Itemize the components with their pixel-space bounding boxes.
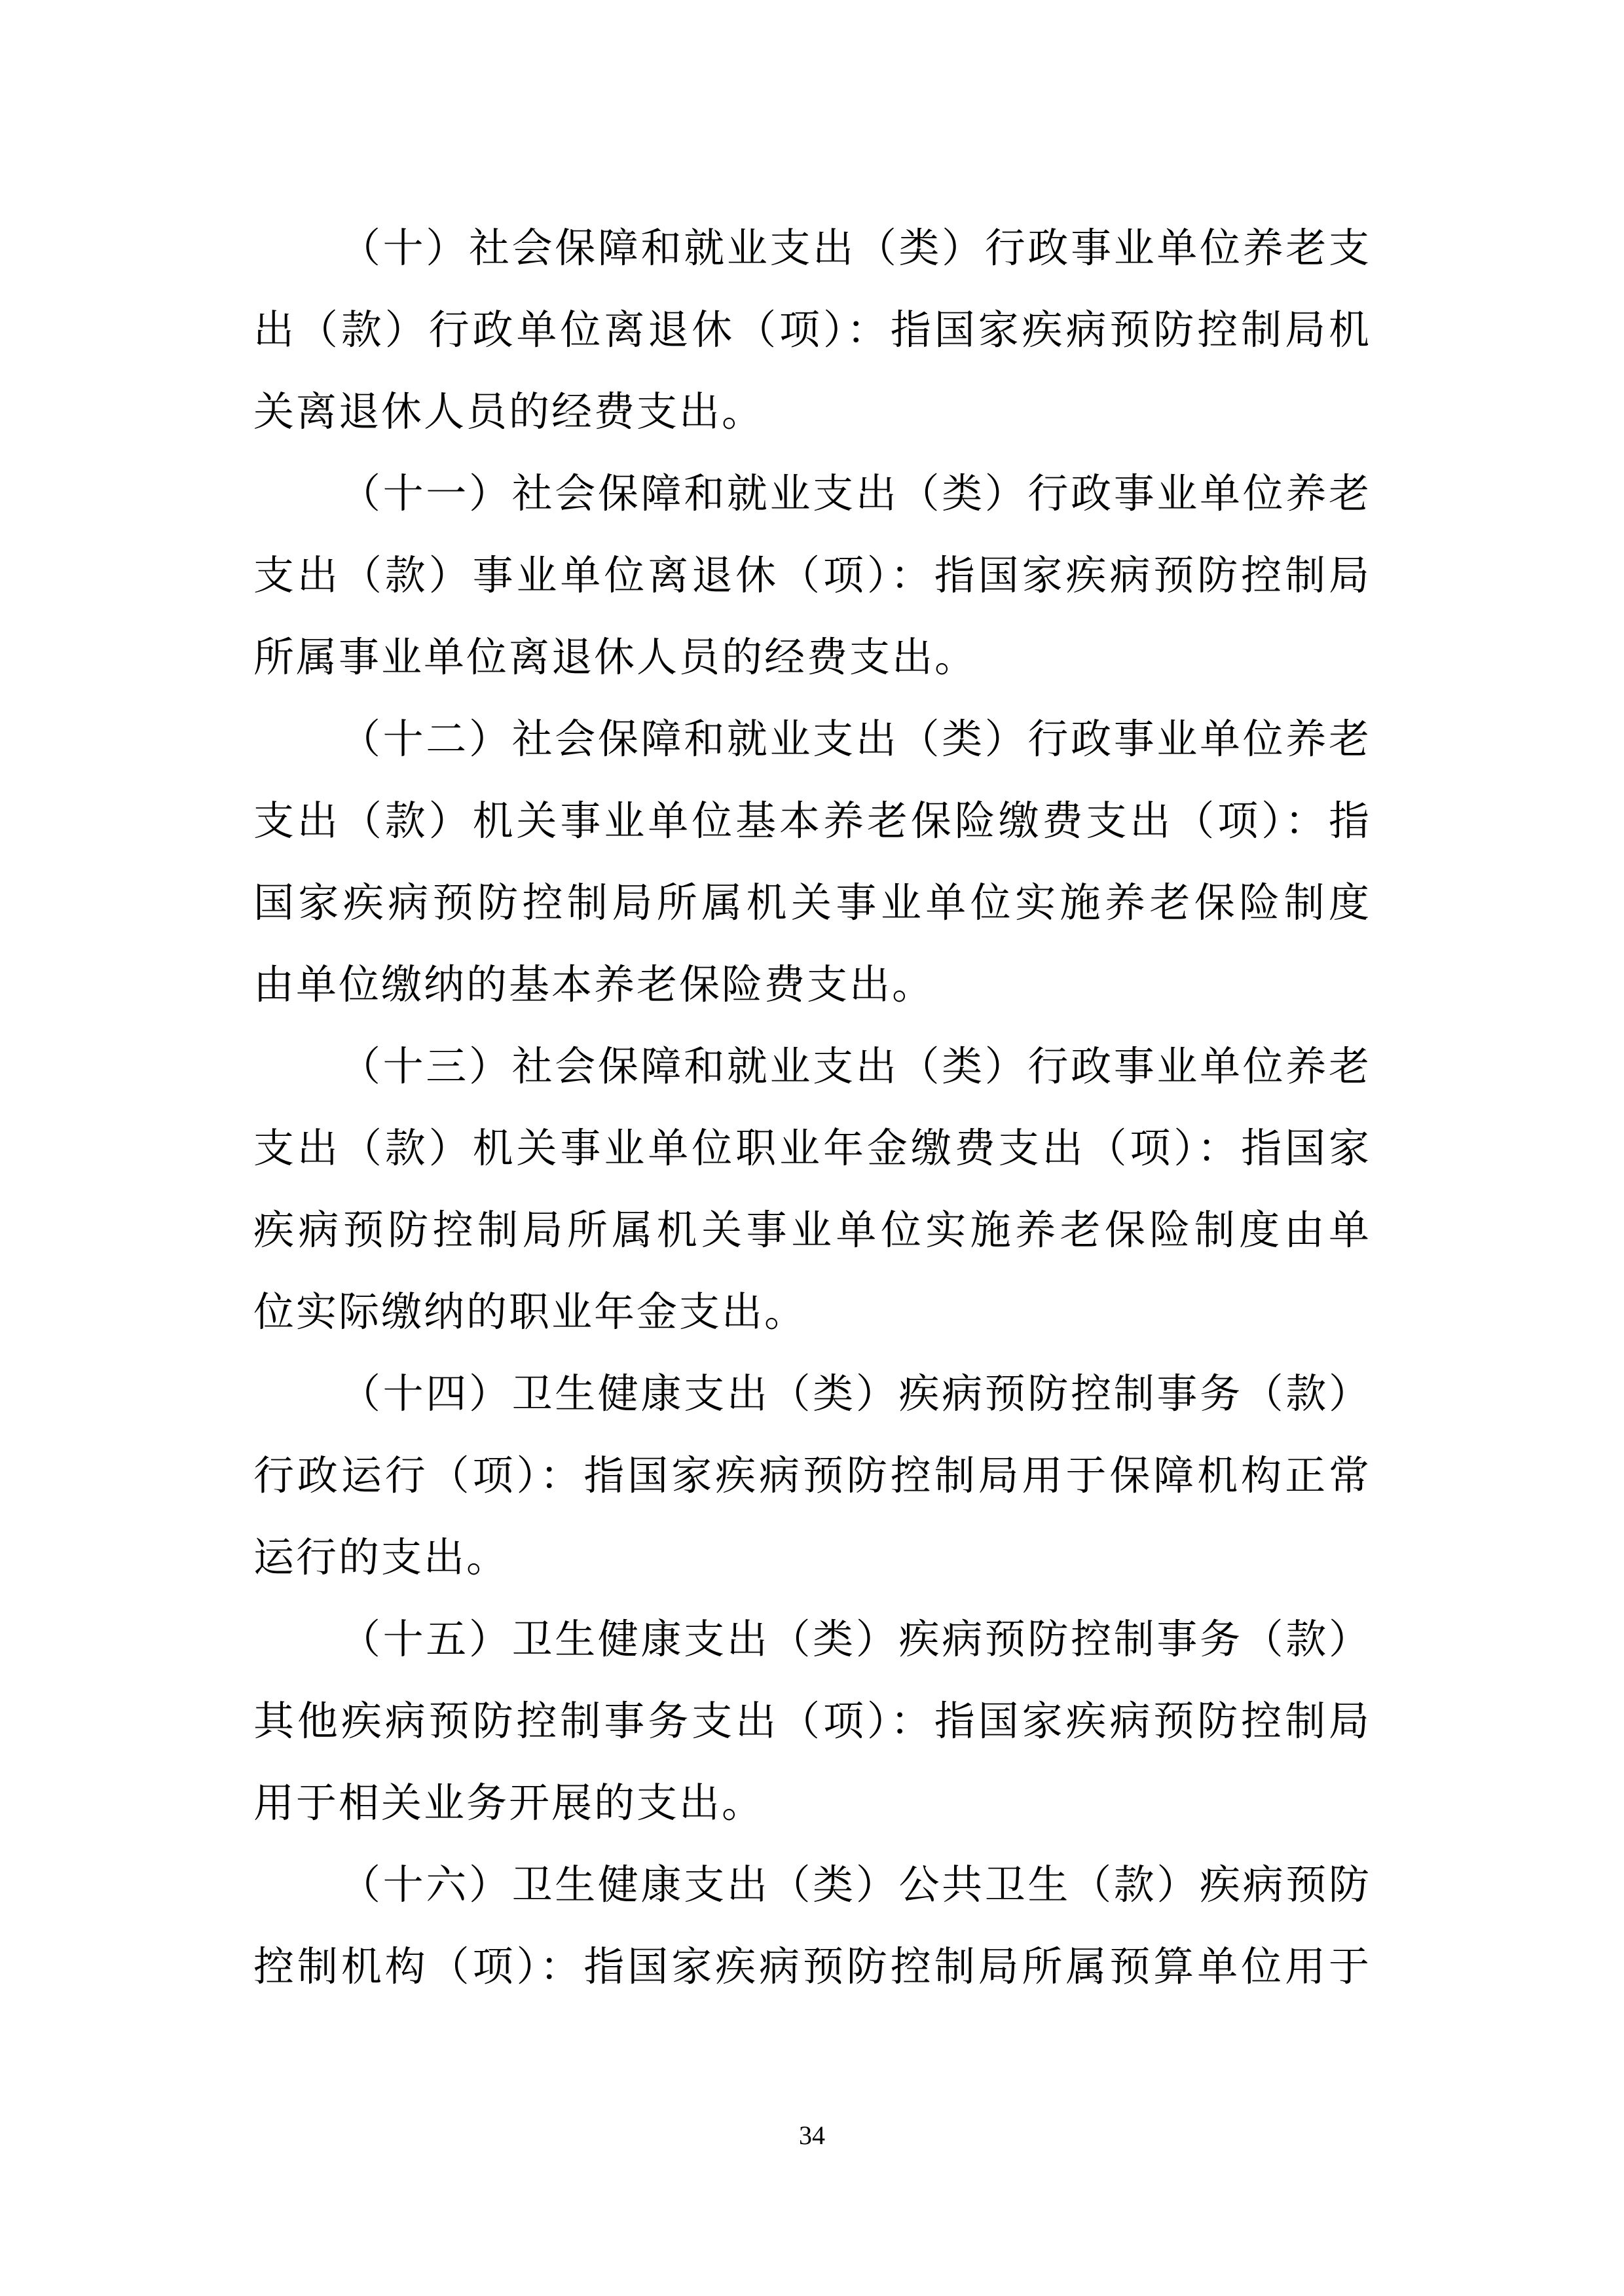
text-line: 支出（款）机关事业单位职业年金缴费支出（项）：指国家 xyxy=(253,1108,1371,1190)
document-body: （十）社会保障和就业支出（类）行政事业单位养老支出（款）行政单位离退休（项）：指… xyxy=(253,208,1371,2009)
text-line: 由单位缴纳的基本养老保险费支出。 xyxy=(253,945,1371,1027)
text-line: （十六）卫生健康支出（类）公共卫生（款）疾病预防 xyxy=(253,1845,1371,1927)
text-line: 出（款）行政单位离退休（项）：指国家疾病预防控制局机 xyxy=(253,290,1371,372)
text-line: （十五）卫生健康支出（类）疾病预防控制事务（款） xyxy=(253,1599,1371,1681)
text-line: 行政运行（项）：指国家疾病预防控制局用于保障机构正常 xyxy=(253,1436,1371,1518)
text-line: （十四）卫生健康支出（类）疾病预防控制事务（款） xyxy=(253,1354,1371,1436)
text-line: 控制机构（项）：指国家疾病预防控制局所属预算单位用于 xyxy=(253,1927,1371,2009)
text-line: 位实际缴纳的职业年金支出。 xyxy=(253,1272,1371,1354)
text-line: 国家疾病预防控制局所属机关事业单位实施养老保险制度 xyxy=(253,863,1371,945)
text-line: 支出（款）机关事业单位基本养老保险缴费支出（项）：指 xyxy=(253,781,1371,863)
paragraph: （十六）卫生健康支出（类）公共卫生（款）疾病预防控制机构（项）：指国家疾病预防控… xyxy=(253,1845,1371,2009)
text-line: （十一）社会保障和就业支出（类）行政事业单位养老 xyxy=(253,454,1371,536)
paragraph: （十）社会保障和就业支出（类）行政事业单位养老支出（款）行政单位离退休（项）：指… xyxy=(253,208,1371,454)
paragraph: （十五）卫生健康支出（类）疾病预防控制事务（款）其他疾病预防控制事务支出（项）：… xyxy=(253,1599,1371,1845)
paragraph: （十三）社会保障和就业支出（类）行政事业单位养老支出（款）机关事业单位职业年金缴… xyxy=(253,1027,1371,1354)
text-line: 支出（款）事业单位离退休（项）：指国家疾病预防控制局 xyxy=(253,536,1371,617)
text-line: 其他疾病预防控制事务支出（项）：指国家疾病预防控制局 xyxy=(253,1681,1371,1763)
text-line: 关离退休人员的经费支出。 xyxy=(253,372,1371,454)
text-line: （十二）社会保障和就业支出（类）行政事业单位养老 xyxy=(253,699,1371,781)
text-line: 所属事业单位离退休人员的经费支出。 xyxy=(253,617,1371,699)
document-page: （十）社会保障和就业支出（类）行政事业单位养老支出（款）行政单位离退休（项）：指… xyxy=(0,0,1624,2296)
paragraph: （十四）卫生健康支出（类）疾病预防控制事务（款）行政运行（项）：指国家疾病预防控… xyxy=(253,1354,1371,1599)
paragraph: （十二）社会保障和就业支出（类）行政事业单位养老支出（款）机关事业单位基本养老保… xyxy=(253,699,1371,1027)
paragraph: （十一）社会保障和就业支出（类）行政事业单位养老支出（款）事业单位离退休（项）：… xyxy=(253,454,1371,699)
text-line: 疾病预防控制局所属机关事业单位实施养老保险制度由单 xyxy=(253,1190,1371,1272)
text-line: （十三）社会保障和就业支出（类）行政事业单位养老 xyxy=(253,1027,1371,1108)
text-line: （十）社会保障和就业支出（类）行政事业单位养老支 xyxy=(253,208,1371,290)
page-number: 34 xyxy=(0,2121,1624,2150)
text-line: 用于相关业务开展的支出。 xyxy=(253,1763,1371,1845)
text-line: 运行的支出。 xyxy=(253,1518,1371,1599)
